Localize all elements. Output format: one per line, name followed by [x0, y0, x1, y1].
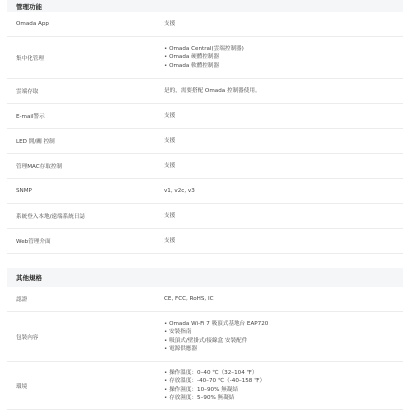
- row-value: 支援: [164, 162, 403, 170]
- row-label: 環境: [7, 382, 164, 390]
- row-value: 支援: [164, 237, 403, 245]
- spec-page: 管理功能 Omada App 支援 集中化管理 Omada Central(雲端…: [0, 0, 410, 410]
- list-item: 吸頂式/壁掛式/接線盒 安裝配件: [164, 337, 403, 345]
- table-row-omada-app: Omada App 支援: [7, 12, 403, 37]
- section-other-specs: 其他規格 認證 CE, FCC, RoHS, IC 包裝內容 Omada Wi-…: [7, 268, 403, 410]
- section-management: 管理功能 Omada App 支援 集中化管理 Omada Central(雲端…: [7, 0, 403, 254]
- table-row-environment: 環境 操作溫度：0–40 ℃（32–104 ℉） 存放溫度：-40–70 ℃（-…: [7, 362, 403, 410]
- list-item: 電源供應器: [164, 345, 403, 353]
- list-item: 安裝指南: [164, 328, 403, 336]
- row-label: 系統登入本地/遠端系統日誌: [7, 212, 164, 220]
- row-value: 支援: [164, 112, 403, 120]
- row-value: 操作溫度：0–40 ℃（32–104 ℉） 存放溫度：-40–70 ℃（-40–…: [164, 369, 403, 403]
- row-value: CE, FCC, RoHS, IC: [164, 295, 403, 303]
- row-value: 支援: [164, 137, 403, 145]
- value-list: 操作溫度：0–40 ℃（32–104 ℉） 存放溫度：-40–70 ℃（-40–…: [164, 369, 403, 403]
- list-item: Omada Wi-Fi 7 吸頂式基地台 EAP720: [164, 320, 403, 328]
- list-item: Omada 硬體控制器: [164, 53, 403, 61]
- list-item: 存放溫度：-40–70 ℃（-40–158 ℉）: [164, 377, 403, 385]
- table-row-web-management: Web管理介面 支援: [7, 229, 403, 254]
- row-label: 雲端存取: [7, 87, 164, 95]
- value-list: Omada Wi-Fi 7 吸頂式基地台 EAP720 安裝指南 吸頂式/壁掛式…: [164, 320, 403, 354]
- row-label: Omada App: [7, 21, 164, 27]
- row-label: Web管理介面: [7, 237, 164, 245]
- row-label: SNMP: [7, 188, 164, 194]
- row-label: 認證: [7, 295, 164, 303]
- row-label: E-mail警示: [7, 112, 164, 120]
- row-value: 是的，需要搭配 Omada 控制器使用。: [164, 87, 403, 95]
- section-title: 其他規格: [16, 273, 42, 282]
- row-label: LED 開/關 控制: [7, 137, 164, 145]
- table-row-centralized-management: 集中化管理 Omada Central(雲端控制器) Omada 硬體控制器 O…: [7, 37, 403, 79]
- table-row-snmp: SNMP v1, v2c, v3: [7, 179, 403, 204]
- list-item: 操作溫度：0–40 ℃（32–104 ℉）: [164, 369, 403, 377]
- row-label: 集中化管理: [7, 54, 164, 62]
- list-item: Omada Central(雲端控制器): [164, 45, 403, 53]
- table-row-email-alert: E-mail警示 支援: [7, 104, 403, 129]
- table-row-mac-access-control: 管理MAC存取控制 支援: [7, 154, 403, 179]
- row-value: v1, v2c, v3: [164, 187, 403, 195]
- row-value: Omada Wi-Fi 7 吸頂式基地台 EAP720 安裝指南 吸頂式/壁掛式…: [164, 320, 403, 354]
- table-row-led-control: LED 開/關 控制 支援: [7, 129, 403, 154]
- row-value: 支援: [164, 212, 403, 220]
- list-item: Omada 軟體控制器: [164, 62, 403, 70]
- list-item: 存放濕度：5–90% 無凝結: [164, 394, 403, 402]
- row-label: 包裝內容: [7, 333, 164, 341]
- value-list: Omada Central(雲端控制器) Omada 硬體控制器 Omada 軟…: [164, 45, 403, 70]
- table-row-package-contents: 包裝內容 Omada Wi-Fi 7 吸頂式基地台 EAP720 安裝指南 吸頂…: [7, 312, 403, 362]
- row-label: 管理MAC存取控制: [7, 162, 164, 170]
- list-item: 操作濕度：10–90% 無凝結: [164, 386, 403, 394]
- table-row-cloud-access: 雲端存取 是的，需要搭配 Omada 控制器使用。: [7, 79, 403, 104]
- section-header-management: 管理功能: [7, 0, 403, 12]
- table-row-certification: 認證 CE, FCC, RoHS, IC: [7, 287, 403, 312]
- section-header-other-specs: 其他規格: [7, 268, 403, 287]
- section-title: 管理功能: [16, 2, 42, 11]
- table-row-syslog: 系統登入本地/遠端系統日誌 支援: [7, 204, 403, 229]
- row-value: 支援: [164, 20, 403, 28]
- row-value: Omada Central(雲端控制器) Omada 硬體控制器 Omada 軟…: [164, 45, 403, 70]
